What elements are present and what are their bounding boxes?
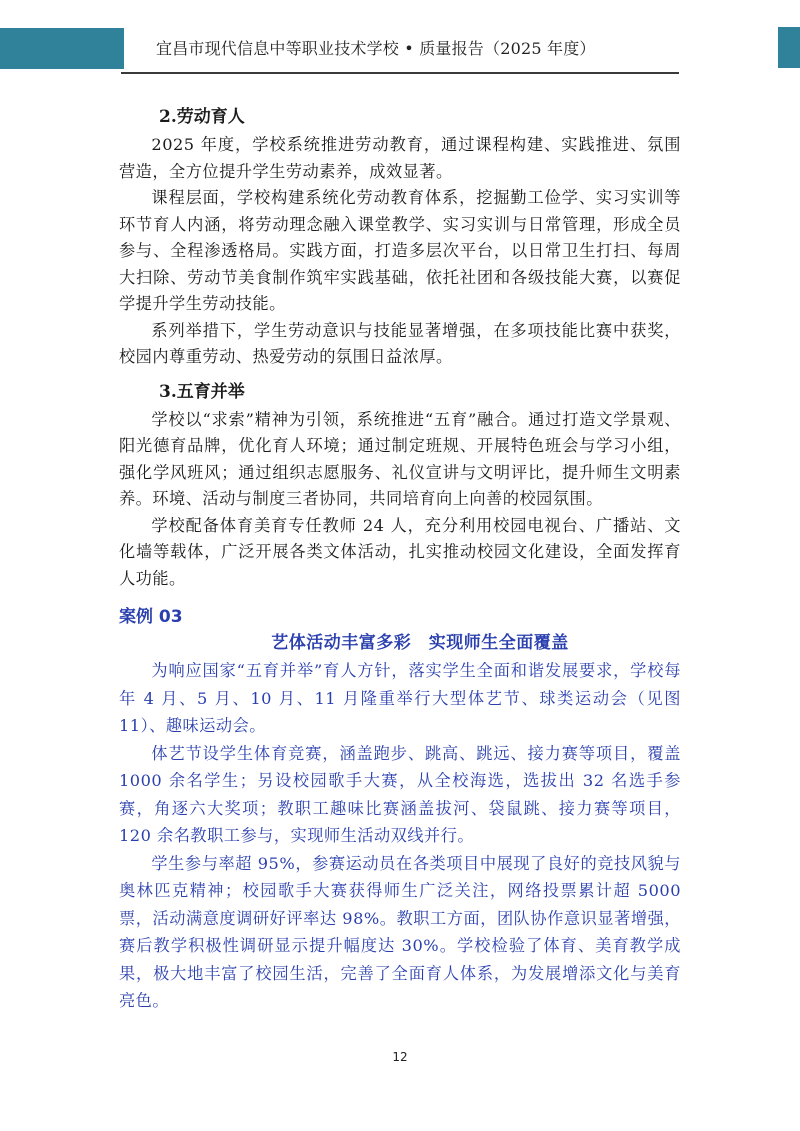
case-title: 艺体活动丰富多彩 实现师生全面覆盖 [119,630,681,657]
case-paragraph: 为响应国家“五育并举”育人方针，落实学生全面和谐发展要求，学校每年 4 月、5 … [119,657,681,740]
paragraph: 系列举措下，学生劳动意识与技能显著增强，在多项技能比赛中获奖，校园内尊重劳动、热… [119,318,681,371]
page-number: 12 [0,1050,800,1064]
case-label: 案例 03 [119,604,681,630]
case-study: 案例 03 艺体活动丰富多彩 实现师生全面覆盖 为响应国家“五育并举”育人方针，… [119,604,681,1015]
header-divider [121,72,679,74]
running-header-title: 宜昌市现代信息中等职业技术学校 • 质量报告（2025 年度） [156,36,596,59]
paragraph: 学校以“求索”精神为引领，系统推进“五育”融合。通过打造文学景观、阳光德育品牌，… [119,407,681,513]
section-labor-education: 2.劳动育人 2025 年度，学校系统推进劳动教育，通过课程构建、实践推进、氛围… [119,103,681,371]
case-paragraph: 体艺节设学生体育竞赛，涵盖跑步、跳高、跳远、接力赛等项目，覆盖 1000 余名学… [119,740,681,850]
paragraph: 2025 年度，学校系统推进劳动教育，通过课程构建、实践推进、氛围营造，全方位提… [119,132,681,185]
section-heading: 2.劳动育人 [159,103,681,132]
paragraph: 课程层面，学校构建系统化劳动教育体系，挖掘勤工俭学、实习实训等环节育人内涵，将劳… [119,185,681,318]
paragraph: 学校配备体育美育专任教师 24 人，充分利用校园电视台、广播站、文化墙等载体，广… [119,513,681,593]
header-accent-bar-left [0,28,124,69]
page-body: 2.劳动育人 2025 年度，学校系统推进劳动教育，通过课程构建、实践推进、氛围… [119,103,681,1015]
header-accent-bar-right [778,27,800,68]
section-heading: 3.五育并举 [159,378,681,407]
case-paragraph: 学生参与率超 95%，参赛运动员在各类项目中展现了良好的竞技风貌与奥林匹克精神；… [119,850,681,1015]
section-five-education: 3.五育并举 学校以“求索”精神为引领，系统推进“五育”融合。通过打造文学景观、… [119,378,681,593]
